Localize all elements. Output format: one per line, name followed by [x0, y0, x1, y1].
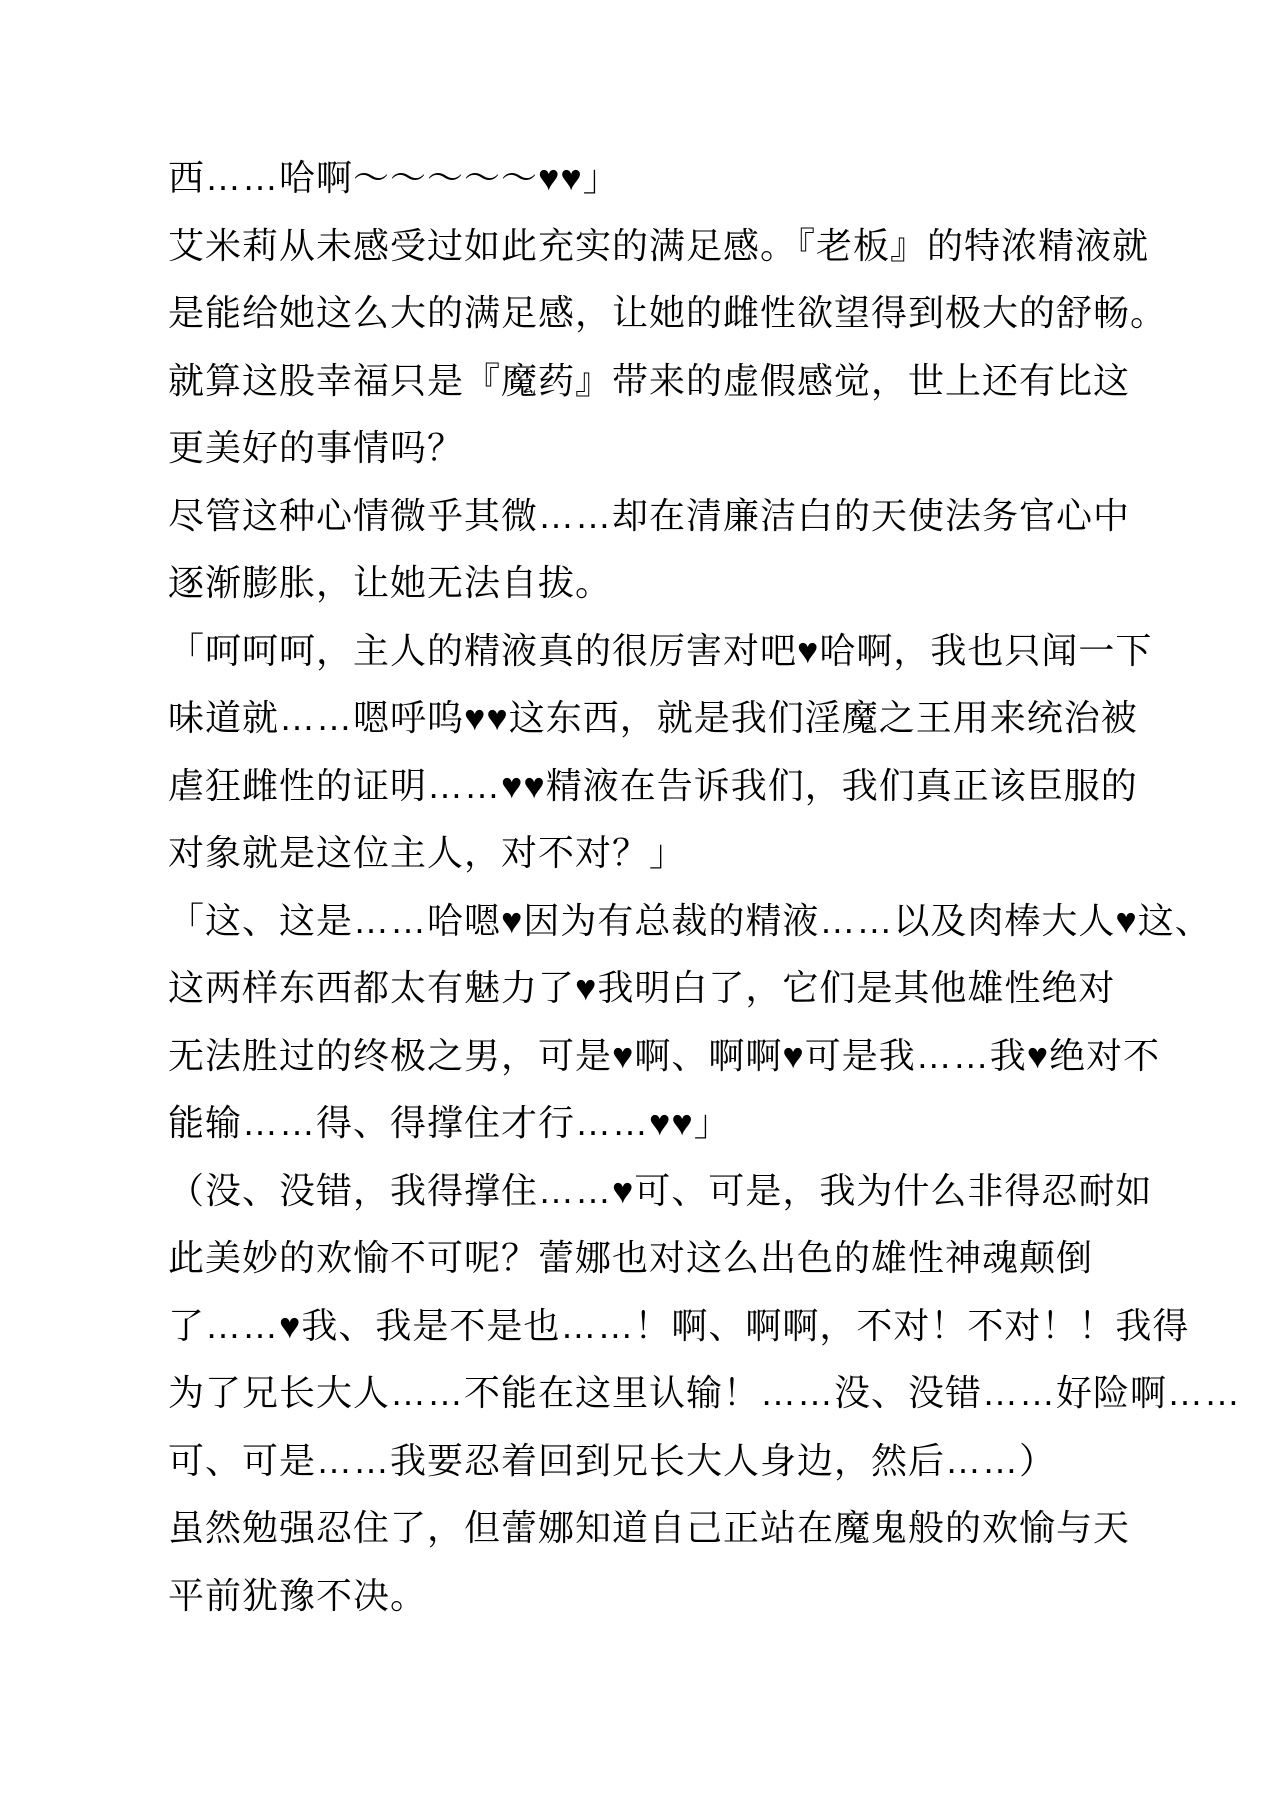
text-line: 平前犹豫不决。 [168, 1562, 1130, 1630]
text-line: 此美妙的欢愉不可呢？蕾娜也对这么出色的雄性神魂颠倒 [168, 1224, 1130, 1292]
text-line: 就算这股幸福只是『魔药』带来的虚假感觉，世上还有比这 [168, 347, 1130, 415]
text-line: 为了兄长大人……不能在这里认输！……没、没错……好险啊…… [168, 1359, 1130, 1427]
text-line: 味道就……嗯呼呜♥♥这东西，就是我们淫魔之王用来统治被 [168, 684, 1130, 752]
text-line: 这两样东西都太有魅力了♥我明白了，它们是其他雄性绝对 [168, 954, 1130, 1022]
text-line: 尽管这种心情微乎其微……却在清廉洁白的天使法务官心中 [168, 482, 1130, 550]
text-line: 「这、这是……哈嗯♥因为有总裁的精液……以及肉棒大人♥这、 [168, 887, 1130, 955]
text-line: 艾米莉从未感受过如此充实的满足感。『老板』的特浓精液就 [168, 212, 1130, 280]
text-line: 「呵呵呵，主人的精液真的很厉害对吧♥哈啊，我也只闻一下 [168, 617, 1130, 685]
text-line: 西……哈啊～～～～～♥♥」 [168, 144, 1130, 212]
text-line: （没、没错，我得撑住……♥可、可是，我为什么非得忍耐如 [168, 1157, 1130, 1225]
text-line: 可、可是……我要忍着回到兄长大人身边，然后……） [168, 1427, 1130, 1495]
text-line: 虐狂雌性的证明……♥♥精液在告诉我们，我们真正该臣服的 [168, 752, 1130, 820]
text-line: 虽然勉强忍住了，但蕾娜知道自己正站在魔鬼般的欢愉与天 [168, 1494, 1130, 1562]
text-line: 逐渐膨胀，让她无法自拔。 [168, 549, 1130, 617]
text-line: 无法胜过的终极之男，可是♥啊、啊啊♥可是我……我♥绝对不 [168, 1022, 1130, 1090]
document-page: 西……哈啊～～～～～♥♥」 艾米莉从未感受过如此充实的满足感。『老板』的特浓精液… [0, 0, 1280, 1810]
text-line: 能输……得、得撑住才行……♥♥」 [168, 1089, 1130, 1157]
text-line: 对象就是这位主人，对不对？」 [168, 819, 1130, 887]
text-line: 是能给她这么大的满足感，让她的雌性欲望得到极大的舒畅。 [168, 279, 1130, 347]
text-line: 了……♥我、我是不是也……！啊、啊啊，不对！不对！！我得 [168, 1292, 1130, 1360]
text-line: 更美好的事情吗？ [168, 414, 1130, 482]
